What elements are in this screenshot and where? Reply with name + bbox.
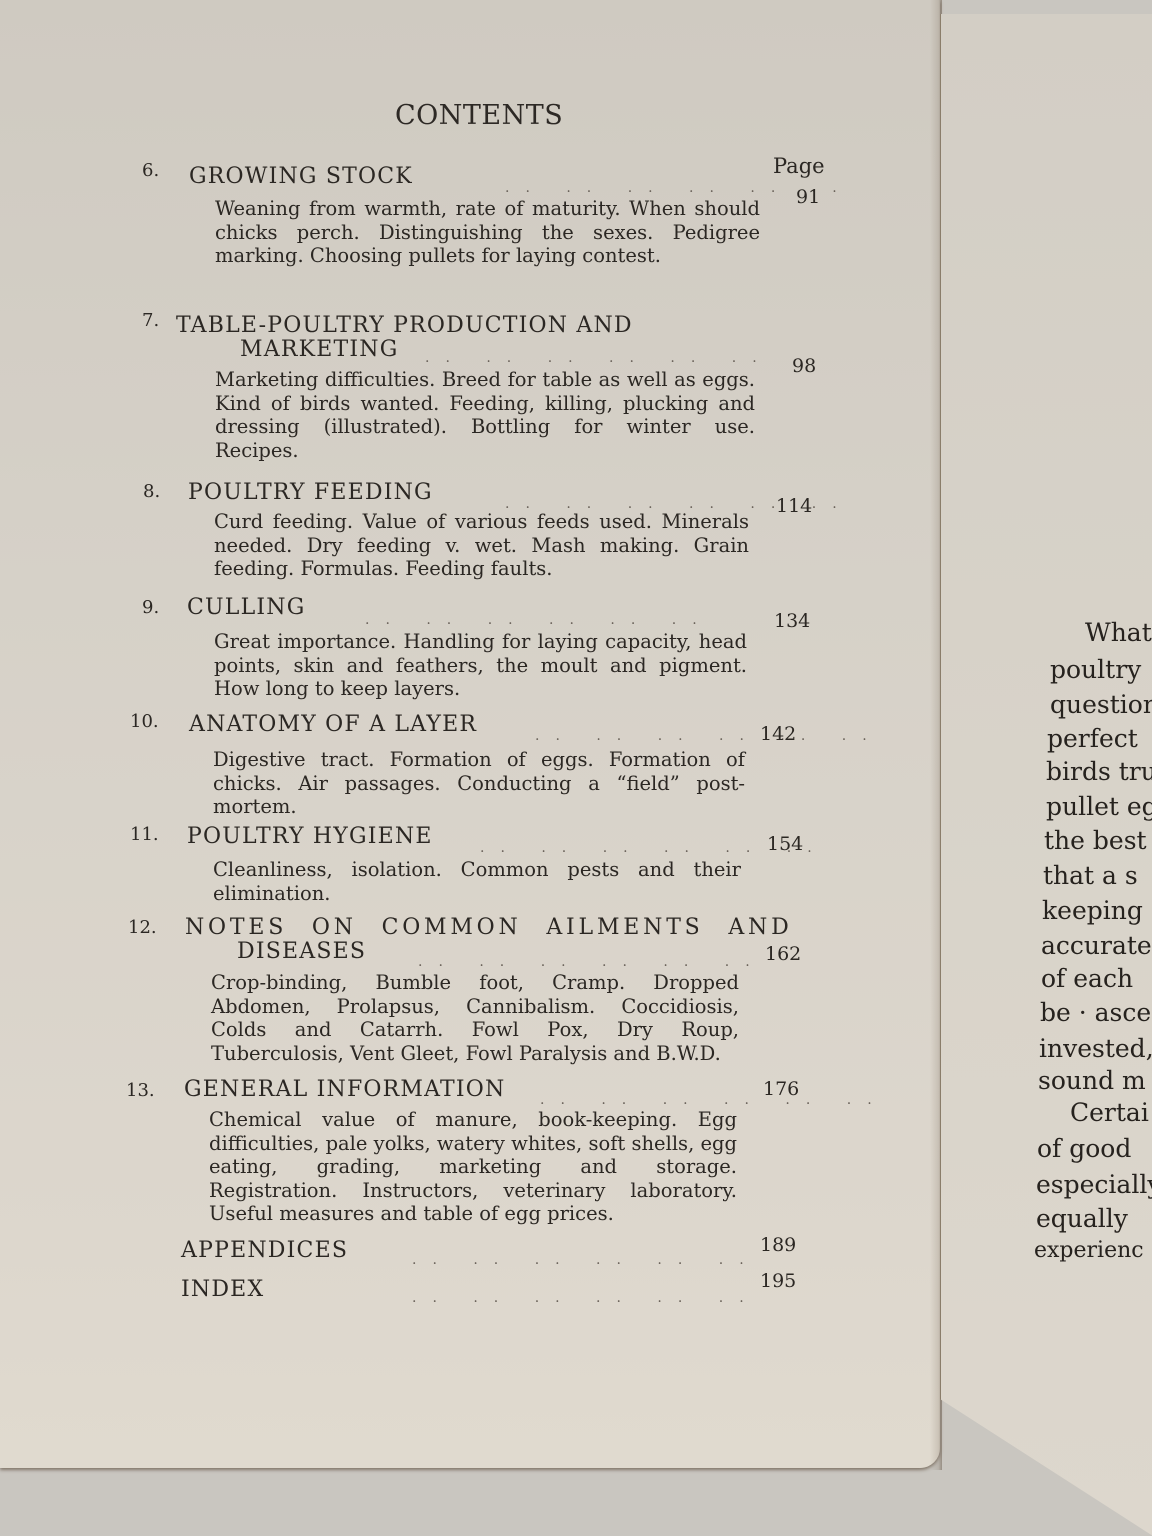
page-number: 134 bbox=[774, 610, 810, 632]
text-line: of good bbox=[1037, 1134, 1131, 1163]
chapter-description: Weaning from warmth, rate of maturity. W… bbox=[215, 197, 760, 268]
chapter-heading: TABLE-POULTRY PRODUCTION AND bbox=[176, 313, 633, 338]
text-line: pullet eg bbox=[1046, 792, 1152, 821]
chapter-number: 9. bbox=[142, 597, 159, 618]
chapter-number: 11. bbox=[130, 824, 159, 845]
chapter-description: Cleanliness, isolation. Common pests and… bbox=[213, 858, 741, 905]
chapter-description: Crop-binding, Bumble foot, Cramp. Droppe… bbox=[211, 971, 739, 1065]
back-matter-heading: INDEX bbox=[181, 1277, 264, 1302]
chapter-description: Curd feeding. Value of various feeds use… bbox=[214, 510, 749, 581]
page-column-label: Page bbox=[773, 154, 825, 178]
leader-dots: .. .. .. .. .. .. bbox=[412, 1252, 760, 1268]
chapter-description: Marketing difficulties. Breed for table … bbox=[215, 368, 755, 462]
text-line: perfect bbox=[1047, 724, 1138, 753]
page-number: 162 bbox=[765, 943, 801, 965]
text-line: equally bbox=[1036, 1204, 1128, 1233]
page-number: 189 bbox=[760, 1234, 796, 1256]
text-line: that a s bbox=[1043, 861, 1138, 890]
back-matter-heading: APPENDICES bbox=[181, 1238, 348, 1263]
text-line: invested, bbox=[1039, 1034, 1152, 1063]
text-line: What bbox=[1085, 618, 1152, 647]
leader-dots: .. .. .. .. .. .. bbox=[418, 954, 766, 970]
chapter-heading-cont: MARKETING bbox=[240, 337, 398, 362]
text-line: accurate bbox=[1041, 931, 1152, 960]
page-number: 114 bbox=[776, 495, 812, 517]
text-line: experienc bbox=[1034, 1238, 1144, 1263]
page-number: 154 bbox=[767, 833, 803, 855]
chapter-heading: CULLING bbox=[187, 595, 306, 620]
text-line: be · ascer bbox=[1040, 998, 1152, 1027]
leader-dots: .. .. .. .. .. .. bbox=[425, 350, 773, 366]
text-line: of each bbox=[1041, 964, 1133, 993]
page-number: 98 bbox=[792, 355, 816, 377]
leader-dots: .. .. .. .. .. .. bbox=[412, 1290, 760, 1306]
chapter-heading: GROWING STOCK bbox=[189, 164, 413, 189]
page-number: 176 bbox=[763, 1078, 799, 1100]
leader-dots: .. .. .. .. .. .. bbox=[365, 612, 713, 628]
chapter-heading: NOTES ON COMMON AILMENTS AND bbox=[185, 915, 793, 940]
chapter-description: Chemical value of manure, book-keeping. … bbox=[209, 1108, 737, 1226]
chapter-number: 13. bbox=[126, 1080, 155, 1101]
chapter-heading: GENERAL INFORMATION bbox=[184, 1077, 505, 1102]
text-line: poultry bbox=[1050, 655, 1141, 684]
page-number: 195 bbox=[760, 1270, 796, 1292]
chapter-heading-cont: DISEASES bbox=[237, 939, 366, 964]
page-number: 91 bbox=[796, 186, 820, 208]
chapter-number: 12. bbox=[128, 917, 157, 938]
text-line: birds tru bbox=[1046, 757, 1152, 786]
chapter-description: Digestive tract. Formation of eggs. Form… bbox=[213, 748, 745, 819]
text-line: the best bbox=[1044, 826, 1147, 855]
contents-title: CONTENTS bbox=[395, 100, 563, 131]
chapter-number: 8. bbox=[143, 481, 160, 502]
leader-dots: .. .. .. .. .. .. bbox=[535, 728, 883, 744]
chapter-heading: ANATOMY OF A LAYER bbox=[189, 712, 477, 737]
chapter-heading: POULTRY FEEDING bbox=[188, 480, 433, 505]
text-line: question bbox=[1050, 690, 1152, 719]
left-page-contents: CONTENTS Page 6. GROWING STOCK .. .. .. … bbox=[0, 0, 940, 1468]
chapter-description: Great importance. Handling for laying ca… bbox=[214, 630, 747, 701]
chapter-number: 10. bbox=[130, 711, 159, 732]
page-number: 142 bbox=[760, 723, 796, 745]
chapter-heading: POULTRY HYGIENE bbox=[187, 824, 433, 849]
leader-dots: .. .. .. .. .. .. bbox=[540, 1092, 888, 1108]
chapter-number: 6. bbox=[142, 160, 159, 181]
text-line: keeping bbox=[1042, 896, 1143, 925]
chapter-number: 7. bbox=[142, 310, 159, 331]
text-line: sound m bbox=[1038, 1066, 1146, 1095]
text-line: Certai bbox=[1070, 1098, 1149, 1127]
text-line: especially bbox=[1036, 1170, 1152, 1199]
